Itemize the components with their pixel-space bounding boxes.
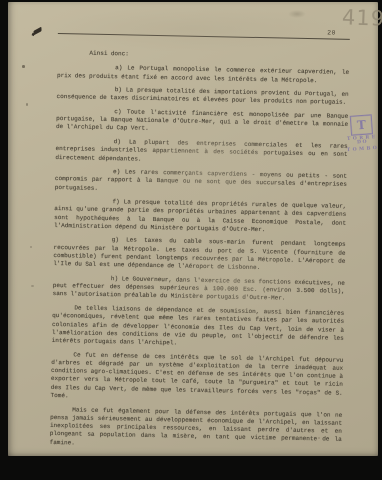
pencil-smudge xyxy=(288,10,306,18)
paper-speck xyxy=(22,65,25,68)
scanned-document-page: { "page": { "typed_page_number": "20", "… xyxy=(0,0,382,480)
paragraph-intro: Ainsi donc: xyxy=(57,49,349,63)
stamp-initial: T xyxy=(357,119,367,132)
ink-mark xyxy=(33,27,41,35)
paragraph-item-a: a) Le Portugal monopolise le commerce ex… xyxy=(57,63,349,85)
archive-stamp: T TORRE DO TOMBO xyxy=(344,114,381,154)
handwritten-folio-number: 419 xyxy=(342,5,382,30)
paper-sheet: 419 20 Ainsi donc: a) Le Portugal monopo… xyxy=(8,2,378,456)
paragraph-item-d: d) La plupart des entreprises commercial… xyxy=(55,137,347,168)
paragraph-conclusion-3: Mais ce fut également pour la défense de… xyxy=(50,405,343,452)
paragraph-conclusion-2: Ce fut en défense de ces intérêts que le… xyxy=(50,351,343,407)
stamp-letter-box: T xyxy=(350,114,373,135)
paper-speck xyxy=(26,103,28,106)
paper-speck xyxy=(318,437,320,439)
paragraph-item-g: g) Les taxes du cable sous-marin furent … xyxy=(53,235,346,274)
paragraph-item-c: c) Toute l'activité financière est monop… xyxy=(56,107,348,138)
typed-content: 20 Ainsi donc: a) Le Portugal monopolise… xyxy=(49,26,349,458)
paragraph-item-h: h) Le Gouverneur, dans l'exercice de ses… xyxy=(53,274,345,305)
paragraph-item-f: f) La presque totalité des propriétés ru… xyxy=(54,197,347,236)
paragraph-conclusion-1: De telles liaisons de dépendance et de s… xyxy=(52,304,345,351)
header-rule: 20 xyxy=(58,26,350,40)
paper-speck xyxy=(31,285,34,287)
typed-page-number: 20 xyxy=(327,29,336,36)
document-body: Ainsi donc: a) Le Portugal monopolise le… xyxy=(50,49,350,453)
paragraph-item-e: e) Les rares commerçants capverdiens - m… xyxy=(55,167,347,198)
paper-speck xyxy=(30,246,32,248)
paragraph-item-b: b) La presque totalité des importations … xyxy=(56,85,348,107)
stamp-text-line-3: TOMBO xyxy=(346,146,380,154)
